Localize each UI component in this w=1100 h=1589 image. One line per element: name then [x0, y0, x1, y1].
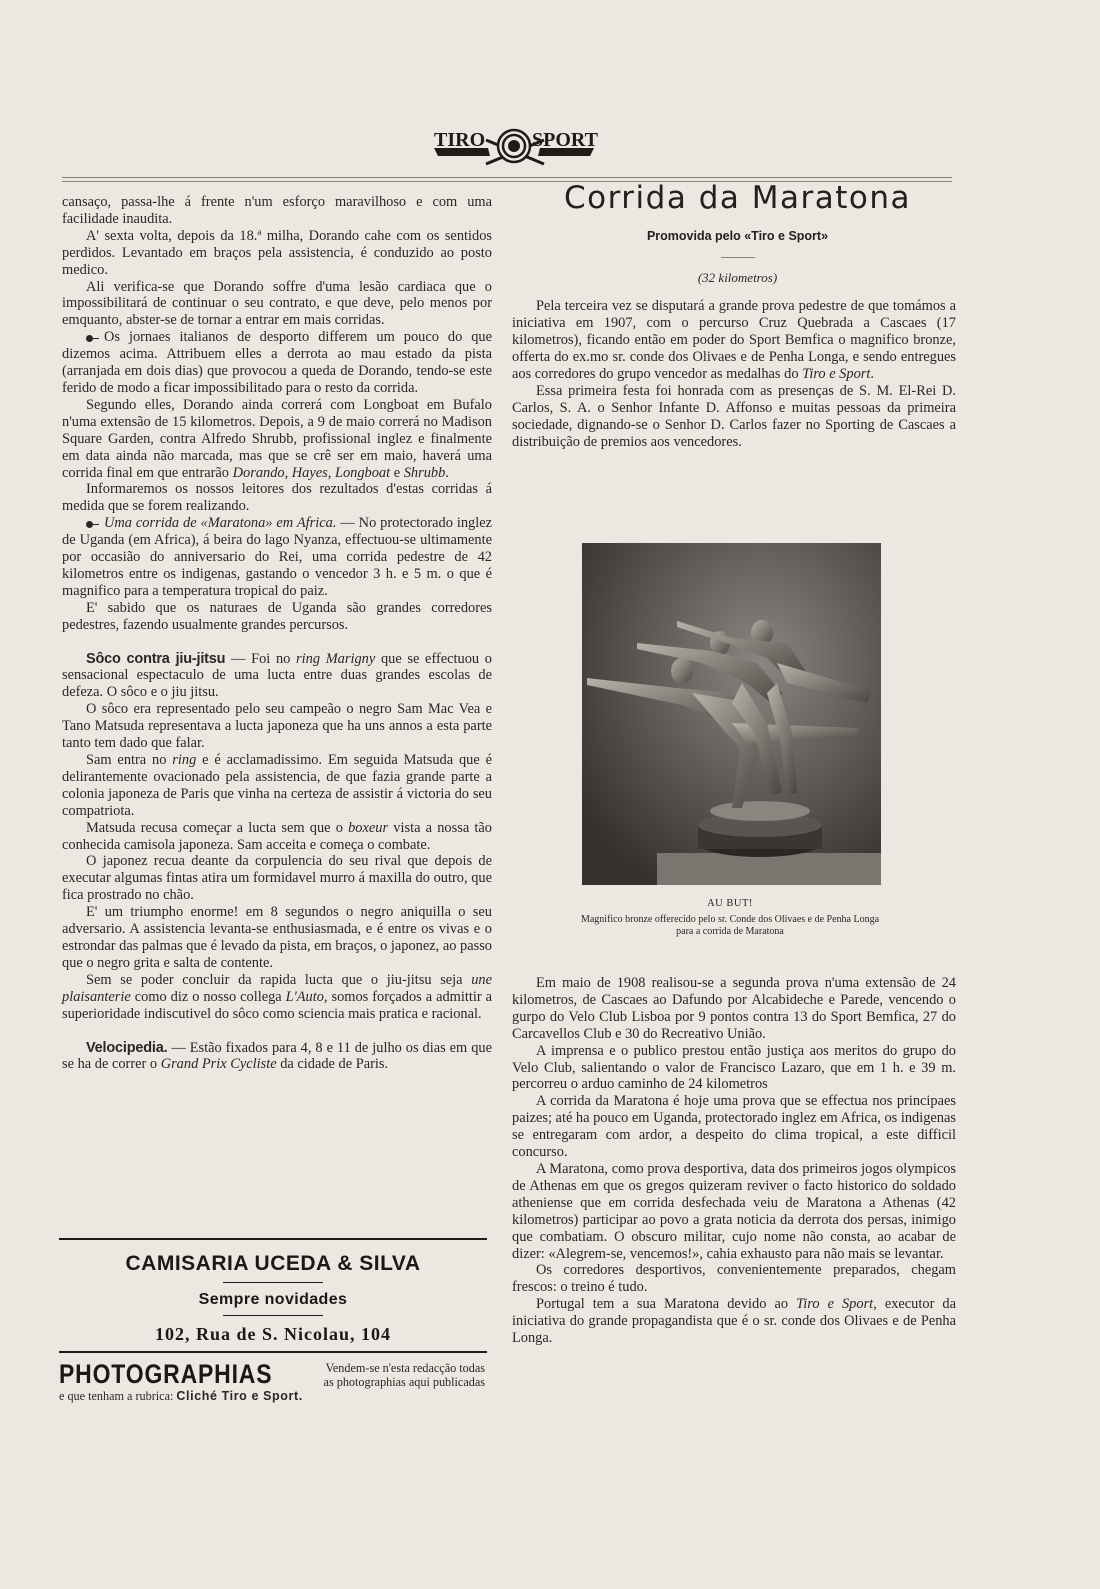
paragraph: A corrida da Maratona é hoje uma prova q… — [512, 1093, 956, 1161]
paragraph: E' um triumpho enorme! em 8 segundos o n… — [62, 904, 492, 972]
article: Corrida da Maratona Promovida pelo «Tiro… — [519, 190, 956, 451]
left-column: cansaço, passa-lhe á frente n'um esforço… — [62, 194, 492, 1073]
ad-rule — [59, 1351, 487, 1353]
section-heading-soco: Sôco contra jiu-jitsu — [86, 651, 225, 667]
ad-divider — [223, 1282, 323, 1283]
paragraph: Informaremos os nossos leitores dos rezu… — [62, 481, 492, 515]
paragraph: cansaço, passa-lhe á frente n'um esforço… — [62, 194, 492, 228]
article-subtitle: Promovida pelo «Tiro e Sport» — [519, 228, 956, 245]
article-title: Corrida da Maratona — [519, 190, 956, 207]
photo-ad-title: PHOTOGRAPHIAS — [59, 1359, 272, 1390]
target-emblem-icon: TIRO SPORT — [428, 122, 600, 168]
paragraph: Sôco contra jiu-jitsu — Foi no ring Mari… — [62, 651, 492, 702]
paragraph: Uma corrida de «Maratona» em Africa. — N… — [62, 515, 492, 600]
photographias-ad: PHOTOGRAPHIAS Vendem-se n'esta redacção … — [59, 1359, 487, 1403]
paragraph: O japonez recua deante da corpulencia do… — [62, 853, 492, 904]
subheading: Uma corrida de «Maratona» em Africa. — [104, 515, 336, 531]
paragraph: Sam entra no ring e é acclamadissimo. Em… — [62, 752, 492, 820]
header-rule — [62, 177, 952, 178]
pointing-bullet-icon — [86, 334, 100, 342]
paragraph: O sôco era representado pelo seu campeão… — [62, 701, 492, 752]
figure-caption: AU BUT! Magnifico bronze offerecido pelo… — [540, 898, 920, 939]
photo-ad-text: Vendem-se n'esta redacção todas as photo… — [275, 1361, 485, 1389]
caption-title: AU BUT! — [540, 898, 920, 911]
paragraph: Matsuda recusa começar a lucta sem que o… — [62, 820, 492, 854]
paragraph: A' sexta volta, depois da 18.ª milha, Do… — [62, 228, 492, 279]
ad-rule — [59, 1238, 487, 1240]
paragraph: Os corredores desportivos, convenienteme… — [512, 1262, 956, 1296]
paragraph: A Maratona, como prova desportiva, data … — [512, 1161, 956, 1262]
paragraph: A imprensa e o publico prestou então jus… — [512, 1043, 956, 1094]
paragraph: Essa primeira festa foi honrada com as p… — [512, 383, 956, 451]
pointing-bullet-icon — [86, 520, 100, 528]
article-divider — [721, 257, 755, 258]
svg-text:TIRO: TIRO — [434, 129, 485, 151]
ad-divider — [223, 1315, 323, 1316]
caption-line: Magnifico bronze offerecido pelo sr. Con… — [540, 914, 920, 927]
article-distance: (32 kilometros) — [519, 270, 956, 287]
paragraph: Segundo elles, Dorando ainda correrá com… — [62, 397, 492, 482]
paragraph: Velocipedia. — Estão fixados para 4, 8 e… — [62, 1040, 492, 1074]
masthead-logo: TIRO SPORT — [428, 122, 600, 168]
advertisement-box: CAMISARIA UCEDA & SILVA Sempre novidades… — [59, 1238, 487, 1403]
paragraph: Os jornaes italianos de desporto differe… — [62, 329, 492, 397]
svg-text:SPORT: SPORT — [532, 129, 599, 151]
ad-tagline: Sempre novidades — [59, 1291, 487, 1309]
paragraph: E' sabido que os naturaes de Uganda são … — [62, 600, 492, 634]
paragraph: Sem se poder concluir da rapida lucta qu… — [62, 972, 492, 1023]
ad-address: 102, Rua de S. Nicolau, 104 — [59, 1324, 487, 1345]
caption-line: para a corrida de Maratona — [540, 926, 920, 939]
paragraph: Portugal tem a sua Maratona devido ao Ti… — [512, 1296, 956, 1347]
ad-shop-name: CAMISARIA UCEDA & SILVA — [59, 1252, 487, 1276]
section-heading-velocipedia: Velocipedia. — [86, 1040, 167, 1056]
sculpture-photo — [582, 543, 881, 885]
paragraph: Ali verifica-se que Dorando soffre d'uma… — [62, 279, 492, 330]
paragraph: Em maio de 1908 realisou-se a segunda pr… — [512, 975, 956, 1043]
article-continued: Em maio de 1908 realisou-se a segunda pr… — [512, 975, 956, 1347]
photo-ad-rubrica: e que tenham a rubrica: Cliché Tiro e Sp… — [59, 1389, 303, 1404]
paragraph: Pela terceira vez se disputará a grande … — [512, 298, 956, 383]
runners-sculpture-image — [582, 543, 881, 885]
